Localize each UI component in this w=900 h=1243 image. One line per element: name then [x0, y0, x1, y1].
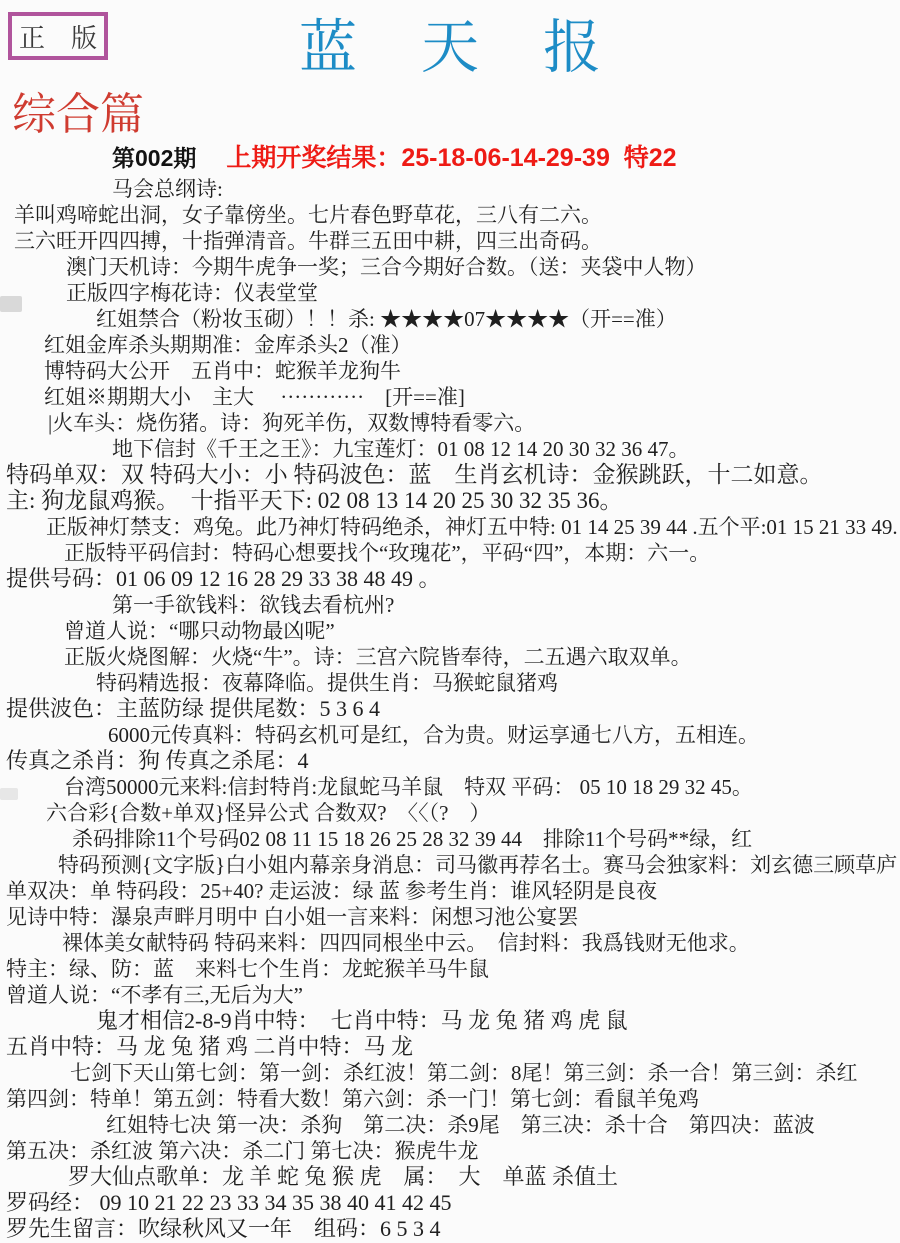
issue-label: 第002期 — [112, 140, 196, 173]
text-line: 传真之杀肖：狗 传真之杀尾：4 — [0, 748, 900, 774]
text-line: 第一手欲钱料：欲钱去看杭州? — [0, 592, 900, 618]
text-line: 特码单双：双 特码大小：小 特码波色：蓝 生肖玄机诗：金猴跳跃，十二如意。 — [0, 462, 900, 488]
text-line: 裸体美女献特码 特码来料：四四同根坐中云。 信封料：我爲钱财无他求。 — [0, 930, 900, 956]
page-title: 蓝天报 — [0, 8, 900, 88]
body-text: 马会总纲诗:羊叫鸡啼蛇出洞，女子靠傍坐。七片春色野草花，三八有二六。三六旺开四四… — [0, 176, 900, 1242]
text-line: 6000元传真料：特码玄机可是红，合为贵。财运享通七八方，五相连。 — [0, 722, 900, 748]
text-line: 五肖中特：马 龙 兔 猪 鸡 二肖中特：马 龙 — [0, 1034, 900, 1060]
section-title: 综合篇 — [12, 90, 144, 140]
text-line: 红姐※期期大小 主大 ············ [开==准] — [0, 384, 900, 410]
scan-smudge — [0, 788, 18, 800]
text-line: 红姐禁合（粉妆玉砌）！！杀: ★★★★07★★★★（开==准） — [0, 306, 900, 332]
scan-smudge — [0, 296, 22, 312]
text-line: 博特码大公开 五肖中：蛇猴羊龙狗牛 — [0, 358, 900, 384]
text-line: |火车头：烧伤猪。诗：狗死羊伤，双数博特看零六。 — [0, 410, 900, 436]
text-line: 正版四字梅花诗：仪表堂堂 — [0, 280, 900, 306]
text-line: 地下信封《千王之王》：九宝莲灯：01 08 12 14 20 30 32 36 … — [0, 436, 900, 462]
text-line: 正版特平码信封：特码心想要找个“玫瑰花”，平码“四”，本期：六一。 — [0, 540, 900, 566]
text-line: 正版火烧图解：火烧“牛”。诗：三宫六院皆奉待，二五遇六取双单。 — [0, 644, 900, 670]
text-line: 正版神灯禁支：鸡兔。此乃神灯特码绝杀，神灯五中特: 01 14 25 39 44… — [0, 514, 900, 540]
text-line: 杀码排除11个号码02 08 11 15 18 26 25 28 32 39 4… — [0, 826, 900, 852]
draw-result: 上期开奖结果：25-18-06-14-29-39 特22 — [226, 138, 676, 174]
text-line: 三六旺开四四搏，十指弹清音。牛群三五田中耕，四三出奇码。 — [0, 228, 900, 254]
text-line: 罗大仙点歌单：龙 羊 蛇 兔 猴 虎 属： 大 单蓝 杀值土 — [0, 1164, 900, 1190]
text-line: 红姐金库杀头期期准：金库杀头2（准） — [0, 332, 900, 358]
text-line: 红姐特七决 第一决：杀狗 第二决：杀9尾 第三决：杀十合 第四决：蓝波 — [0, 1112, 900, 1138]
text-line: 特码预测{文字版}白小姐内幕亲身消息：司马徽再荐名士。赛马会独家料：刘玄德三顾草… — [0, 852, 900, 878]
text-line: 见诗中特：瀑泉声畔月明中 白小姐一言来料：闲想习池公宴罢 — [0, 904, 900, 930]
text-line: 澳门天机诗：今期牛虎争一奖；三合今期好合数。（送：夹袋中人物） — [0, 254, 900, 280]
text-line: 罗先生留言：吹绿秋风又一年 组码：6 5 3 4 — [0, 1216, 900, 1242]
text-line: 罗码经： 09 10 21 22 23 33 34 35 38 40 41 42… — [0, 1190, 900, 1216]
text-line: 曾道人说：“哪只动物最凶呢” — [0, 618, 900, 644]
text-line: 特码精选报：夜幕降临。提供生肖：马猴蛇鼠猪鸡 — [0, 670, 900, 696]
text-line: 提供波色：主蓝防绿 提供尾数：5 3 6 4 — [0, 696, 900, 722]
page-root: 正 版 蓝天报 综合篇 第002期 上期开奖结果：25-18-06-14-29-… — [0, 0, 900, 1243]
text-line: 羊叫鸡啼蛇出洞，女子靠傍坐。七片春色野草花，三八有二六。 — [0, 202, 900, 228]
text-line: 第四剑：特单！第五剑：特看大数！第六剑：杀一门！第七剑：看鼠羊兔鸡 — [0, 1086, 900, 1112]
text-line: 单双决：单 特码段：25+40? 走运波：绿 蓝 参考生肖：谁风轻阴是良夜 — [0, 878, 900, 904]
text-line: 七剑下天山第七剑：第一剑：杀红波！第二剑：8尾！第三剑：杀一合！第三剑：杀红 — [0, 1060, 900, 1086]
issue-row: 第002期 上期开奖结果：25-18-06-14-29-39 特22 — [112, 138, 677, 174]
text-line: 鬼才相信2-8-9肖中特： 七肖中特：马 龙 兔 猪 鸡 虎 鼠 — [0, 1008, 900, 1034]
text-line: 提供号码：01 06 09 12 16 28 29 33 38 48 49 。 — [0, 566, 900, 592]
text-line: 主: 狗龙鼠鸡猴。 十指平天下: 02 08 13 14 20 25 30 32… — [0, 488, 900, 514]
text-line: 第五决：杀红波 第六决：杀二门 第七决：猴虎牛龙 — [0, 1138, 900, 1164]
text-line: 马会总纲诗: — [0, 176, 900, 202]
text-line: 特主：绿、防：蓝 来料七个生肖：龙蛇猴羊马牛鼠 — [0, 956, 900, 982]
text-line: 六合彩{合数+单双}怪异公式 合数双? 〈〈（? ） — [0, 800, 900, 826]
text-line: 台湾50000元来料:信封特肖:龙鼠蛇马羊鼠 特双 平码： 05 10 18 2… — [0, 774, 900, 800]
text-line: 曾道人说：“不孝有三,无后为大” — [0, 982, 900, 1008]
